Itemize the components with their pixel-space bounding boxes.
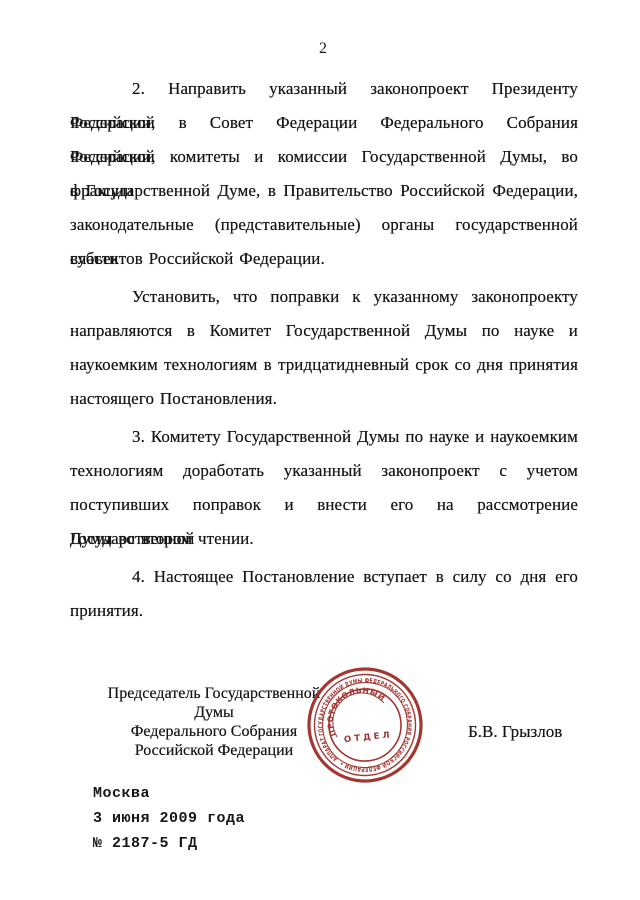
body-line: 4. Настоящее Постановление вступает в си…	[70, 560, 578, 594]
paragraph-ustanovit: Установить, что поправки к указанному за…	[70, 280, 578, 416]
body-line: наукоемким технологиям в тридцатидневный…	[70, 348, 578, 382]
body-line: Федерации, в Совет Федерации Федеральног…	[70, 106, 578, 140]
issuance-date: 3 июня 2009 года	[93, 806, 245, 831]
body-line: направляются в Комитет Государственной Д…	[70, 314, 578, 348]
issuance-city: Москва	[93, 781, 245, 806]
issuance-block: Москва 3 июня 2009 года № 2187-5 ГД	[93, 781, 245, 856]
page-number: 2	[0, 40, 640, 58]
issuance-number: № 2187-5 ГД	[93, 831, 245, 856]
signatory-name: Б.В. Грызлов	[468, 722, 562, 742]
round-stamp-icon: АППАРАТ ГОСУДАРСТВЕННОЙ ДУМЫ ФЕДЕРАЛЬНОГ…	[303, 663, 427, 787]
body-line: Думы во втором чтении.	[70, 522, 578, 556]
body-line: субъектов Российской Федерации.	[70, 242, 578, 276]
paragraph-3: 3. Комитету Государственной Думы по наук…	[70, 420, 578, 556]
paragraph-4: 4. Настоящее Постановление вступает в си…	[70, 560, 578, 628]
protocol-department-stamp: АППАРАТ ГОСУДАРСТВЕННОЙ ДУМЫ ФЕДЕРАЛЬНОГ…	[303, 663, 427, 787]
body-line: технологиям доработать указанный законоп…	[70, 454, 578, 488]
body-line: принятия.	[70, 594, 578, 628]
body-line: настоящего Постановления.	[70, 382, 578, 416]
paragraph-2: 2. Направить указанный законопроект През…	[70, 72, 578, 276]
body-line: Установить, что поправки к указанному за…	[70, 280, 578, 314]
document-page: 2 2. Направить указанный законопроект Пр…	[0, 0, 640, 900]
body-line: поступивших поправок и внести его на рас…	[70, 488, 578, 522]
body-line: в Государственной Думе, в Правительство …	[70, 174, 578, 208]
body-line: 2. Направить указанный законопроект През…	[70, 72, 578, 106]
body-line: законодательные (представительные) орган…	[70, 208, 578, 242]
stamp-center-text: ОТДЕЛ	[344, 730, 394, 745]
document-body: 2. Направить указанный законопроект През…	[70, 72, 578, 632]
body-line: Федерации, комитеты и комиссии Государст…	[70, 140, 578, 174]
body-line: 3. Комитету Государственной Думы по наук…	[70, 420, 578, 454]
